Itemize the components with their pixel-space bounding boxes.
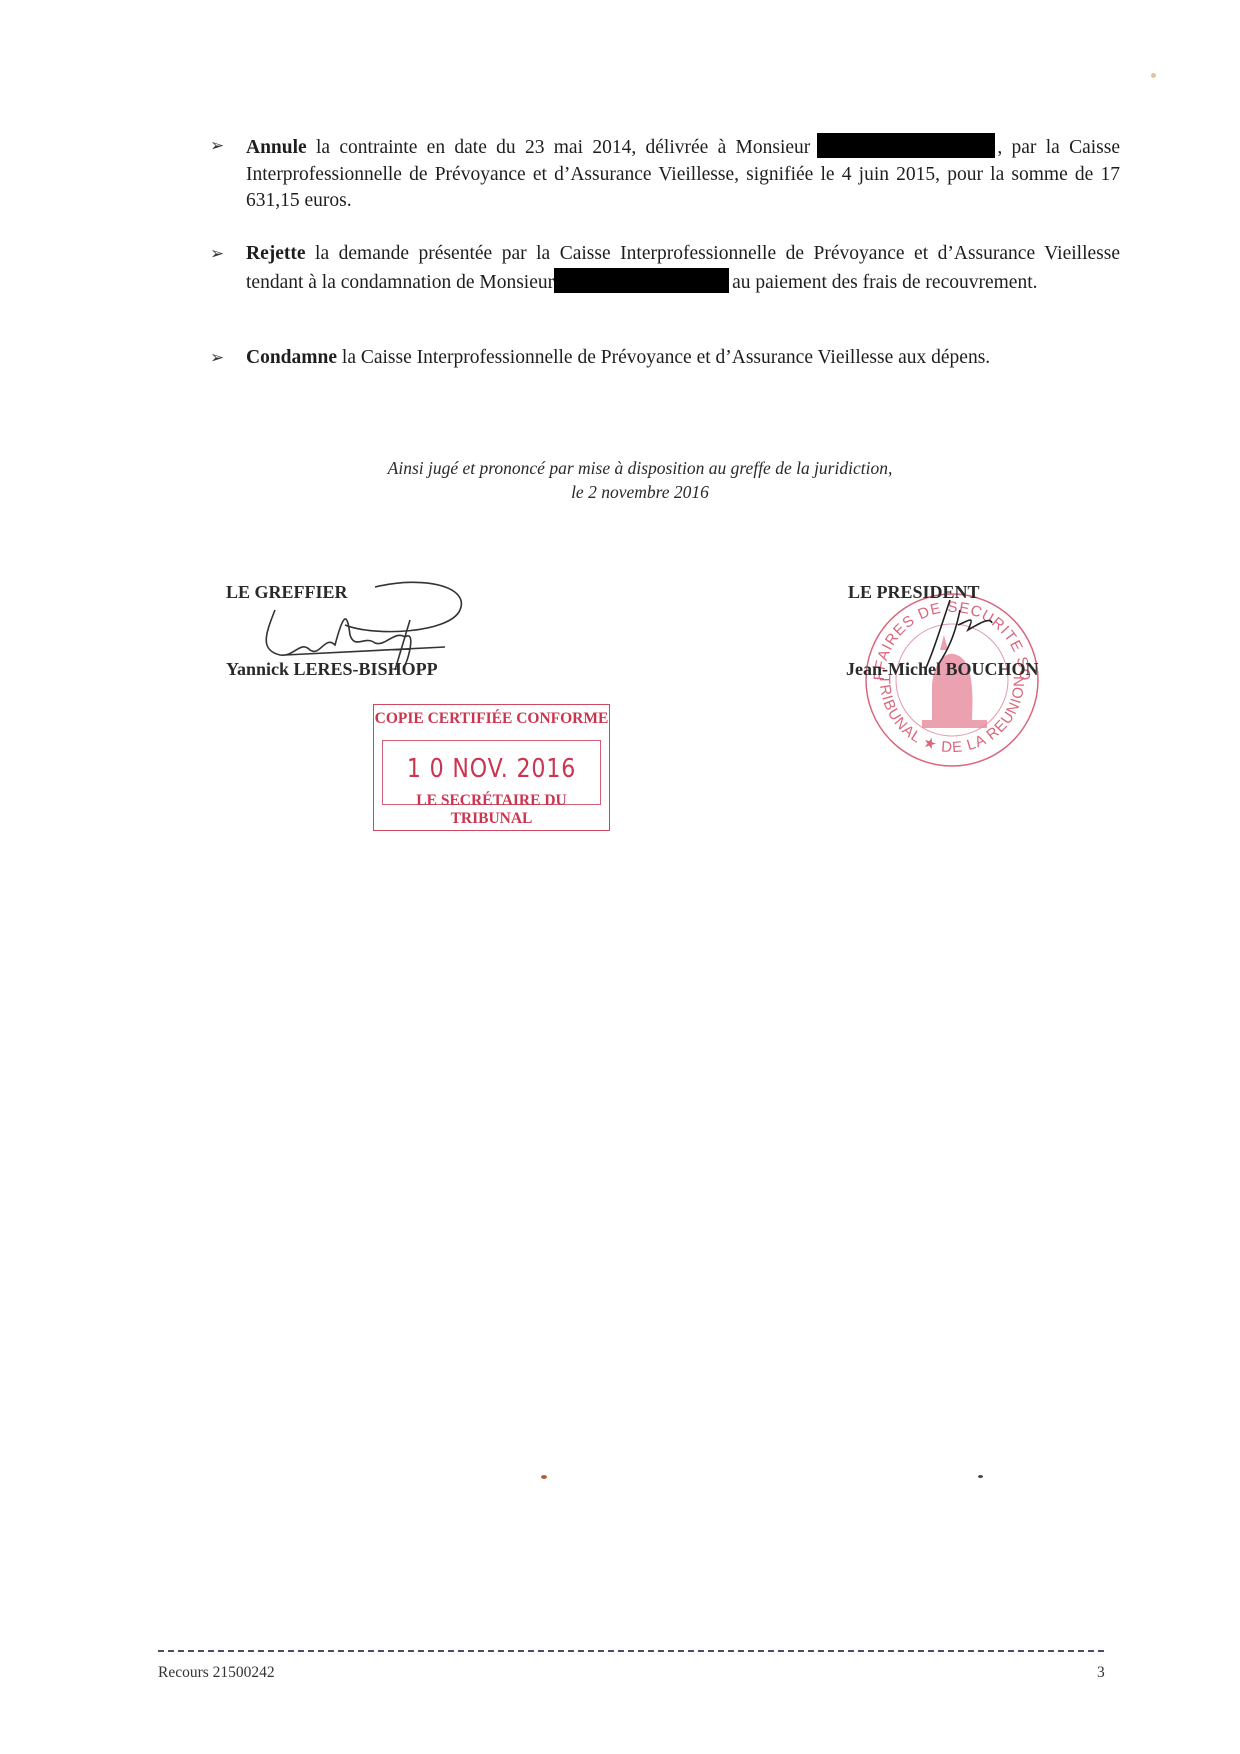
decision-annule: ➢ Annule la contrainte en date du 23 mai… xyxy=(210,133,1120,215)
decision-text-continued: au paiement des frais de recouvrement. xyxy=(732,272,1037,293)
arrow-bullet-icon: ➢ xyxy=(210,241,224,268)
decision-keyword: Condamne xyxy=(246,347,337,368)
stamp-date: 1 0 NOV. 2016 xyxy=(399,754,583,784)
greffier-name: Yannick LERES-BISHOPP xyxy=(226,659,438,680)
arrow-bullet-icon: ➢ xyxy=(210,133,224,160)
footer-divider xyxy=(158,1650,1104,1652)
document-page: ➢ Annule la contrainte en date du 23 mai… xyxy=(0,0,1240,1754)
redacted-name xyxy=(554,268,729,293)
stamp-footer: LE SECRÉTAIRE DU TRIBUNAL xyxy=(374,792,609,828)
decision-text: la contrainte en date du 23 mai 2014, dé… xyxy=(307,137,811,158)
decision-keyword: Annule xyxy=(246,137,307,158)
president-name: Jean-Michel BOUCHON xyxy=(846,659,1038,680)
decision-text: la Caisse Interprofessionnelle de Prévoy… xyxy=(337,347,990,368)
arrow-bullet-icon: ➢ xyxy=(210,345,224,372)
stamp-header: COPIE CERTIFIÉE CONFORME xyxy=(374,710,609,728)
decision-condamne: ➢ Condamne la Caisse Interprofessionnell… xyxy=(210,345,1120,372)
redacted-name xyxy=(817,133,995,158)
scan-artifact xyxy=(978,1475,983,1478)
closing-statement: Ainsi jugé et prononcé par mise à dispos… xyxy=(300,456,980,504)
decision-rejette: ➢ Rejette la demande présentée par la Ca… xyxy=(210,241,1120,296)
case-reference: Recours 21500242 xyxy=(158,1664,275,1682)
scan-artifact xyxy=(1151,73,1156,78)
scan-artifact xyxy=(541,1475,547,1479)
page-number: 3 xyxy=(1097,1664,1105,1682)
closing-date: le 2 novembre 2016 xyxy=(300,480,980,504)
certification-stamp: COPIE CERTIFIÉE CONFORME 1 0 NOV. 2016 L… xyxy=(373,704,610,831)
decision-keyword: Rejette xyxy=(246,243,306,264)
closing-line-1: Ainsi jugé et prononcé par mise à dispos… xyxy=(300,456,980,480)
